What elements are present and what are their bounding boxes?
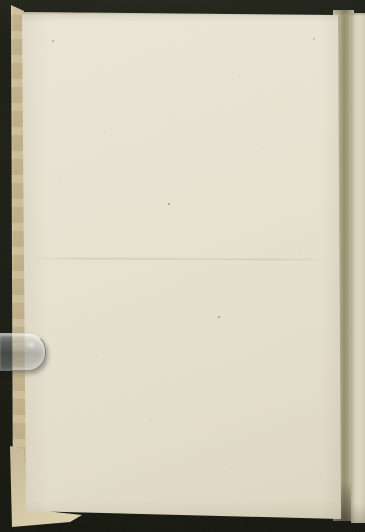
speck	[80, 298, 81, 299]
speck	[52, 40, 54, 42]
speck	[313, 38, 315, 40]
speck	[60, 182, 61, 183]
speck	[168, 203, 170, 205]
next-page-sliver	[351, 13, 365, 523]
speck	[238, 75, 239, 76]
speck	[218, 316, 220, 318]
blank-book-page	[0, 0, 365, 532]
foxing-specks	[0, 0, 365, 532]
page-holder-clip	[0, 333, 46, 371]
speck	[300, 252, 301, 253]
speck	[150, 420, 151, 421]
speck	[262, 148, 263, 149]
book-scan	[0, 0, 365, 532]
speck	[230, 468, 231, 469]
speck	[320, 478, 321, 479]
speck	[97, 355, 98, 356]
speck	[110, 128, 111, 129]
clip-highlight	[24, 340, 38, 350]
